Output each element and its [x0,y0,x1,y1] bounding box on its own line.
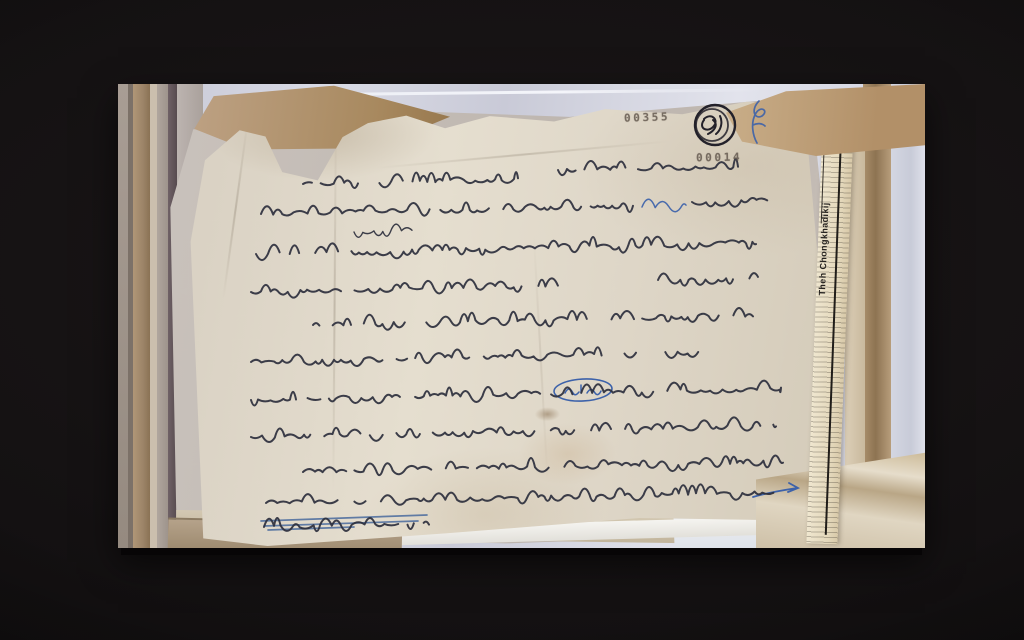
paper-crease [332,122,337,491]
paper-stack-left-edge [133,84,150,548]
archive-number-stamp: 00355 [624,110,671,125]
gallery-wall: Theh Chongkhadikij 00355 00014 พ.ท. [0,0,1024,640]
paper-stack-left-edge [150,84,157,548]
paper-crease [376,140,670,169]
paper-stack-left-edge [157,84,168,548]
side-label-text: Theh Chongkhadikij [817,145,837,295]
paper-crease [533,234,549,481]
archive-number-stamp: 00014 [696,151,742,165]
archive-photograph: Theh Chongkhadikij 00355 00014 พ.ท. [118,84,925,548]
photo-mount-edge [121,548,922,555]
paper-stack-left-edge [118,84,128,548]
paper-crease [223,120,249,299]
